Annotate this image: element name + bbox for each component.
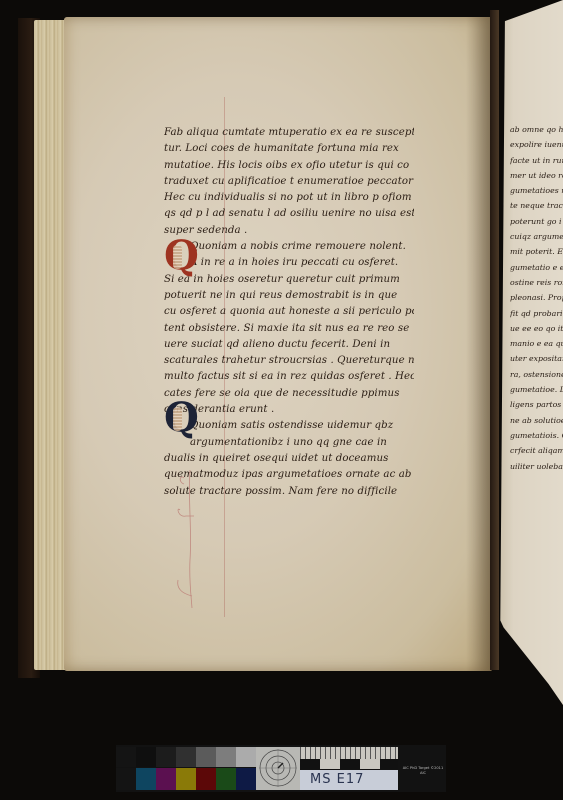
gray-patch xyxy=(176,747,196,767)
text-line: multo factus sit si ea in rez quidas osf… xyxy=(164,369,414,385)
shelfmark-text: MS E17 xyxy=(310,772,364,787)
text-line: super sedenda . xyxy=(164,223,414,239)
text-line: argumentationibz i uno qq gne cae in xyxy=(164,435,414,451)
scale-bar xyxy=(300,759,398,769)
text-line: traduxet cu aplificatioe t enumeratioe p… xyxy=(164,174,414,190)
text-line: ra, ostensione a vol xyxy=(510,367,563,382)
gray-patch xyxy=(216,747,236,767)
text-line: gumetatioes relin xyxy=(510,183,563,198)
text-line: tur. Loci coes de humanitate fortuna mia… xyxy=(164,141,414,157)
initial-infill xyxy=(173,407,182,431)
text-line: te neque tractem xyxy=(510,198,563,213)
text-line: mutatioe. His locis oibs ex ofio utetur … xyxy=(164,158,414,174)
text-line: Fab aliqua cumtate mtuperatio ex ea re s… xyxy=(164,125,414,141)
color-patch-cyan xyxy=(136,768,156,790)
gray-patch xyxy=(136,747,156,767)
text-line: A in re a in hoies iru peccati cu osfere… xyxy=(164,255,414,271)
text-line: crfecit aliqam- xyxy=(510,443,563,458)
gray-patch xyxy=(116,747,136,767)
color-patch-green xyxy=(216,768,236,790)
text-line: ligens partos arg xyxy=(510,397,563,412)
shelfmark-label: MS E17 xyxy=(300,770,398,790)
manuscript-photo: Fab aliqua cumtate mtuperatio ex ea re s… xyxy=(0,0,563,800)
gray-patch xyxy=(236,747,256,767)
verso-text-block: Fab aliqua cumtate mtuperatio ex ea re s… xyxy=(164,125,414,500)
text-line: dualis in queiret osequi uidet ut doceam… xyxy=(164,451,414,467)
color-patch xyxy=(116,768,136,790)
text-line: ab omne qo ht xyxy=(510,122,563,137)
text-line: gumetatiois. Ca xyxy=(510,428,563,443)
target-credit: AIC PhD Target ©2011 AIC xyxy=(400,766,446,776)
text-line: ue ee eo qo iteno xyxy=(510,321,563,336)
text-line: pleonasi. Propria xyxy=(510,290,563,305)
color-patch-yellow xyxy=(176,768,196,790)
marginal-pen-flourish xyxy=(170,470,210,610)
color-patches xyxy=(116,768,256,790)
recto-page-edge xyxy=(490,10,499,670)
text-line: manio e ea que p xyxy=(510,336,563,351)
recto-text-block: ab omne qo ht expolire iuenui e facte ut… xyxy=(510,122,563,474)
gray-patch xyxy=(156,747,176,767)
color-patch-red xyxy=(196,768,216,790)
text-line: mer ut ideo reo xyxy=(510,168,563,183)
text-line: facte ut in rumma xyxy=(510,153,563,168)
text-line: poterunt go i uno xyxy=(510,214,563,229)
text-line: ne ab solutioe u xyxy=(510,413,563,428)
text-line: Quoniam a nobis crime remouere nolent. xyxy=(164,239,414,255)
gutter-shadow xyxy=(466,17,492,671)
color-calibration-target: MS E17 AIC PhD Target ©2011 AIC xyxy=(116,745,446,792)
color-patch-blue xyxy=(236,768,256,790)
text-line: cates fere se oia que de necessitudie pp… xyxy=(164,386,414,402)
text-line: Quoniam satis ostendisse uidemur qbz xyxy=(164,418,414,434)
blue-initial-q: Q xyxy=(164,400,192,436)
text-line: cuiqz argumetatio xyxy=(510,229,563,244)
text-line: ostine reis rons xyxy=(510,275,563,290)
text-line: considerantia erunt . xyxy=(164,402,414,418)
text-line: scaturales trahetur stroucrsias . Queret… xyxy=(164,353,414,369)
text-line: uter expositam r xyxy=(510,351,563,366)
text-line: potuerit ne in qui reus demostrabit is i… xyxy=(164,288,414,304)
text-line: Hec cu individualis si no pot ut in libr… xyxy=(164,190,414,206)
text-line: expolire iuenui e xyxy=(510,137,563,152)
focus-target-dial xyxy=(256,747,300,790)
text-line: cu osferet a quonia aut honeste a sii pe… xyxy=(164,304,414,320)
text-line: uere suciat qd alieno ductu fecerit. Den… xyxy=(164,337,414,353)
text-line: gumetatio e ea qu xyxy=(510,260,563,275)
text-line: tent obsistere. Si maxie ita sit nus ea … xyxy=(164,321,414,337)
grayscale-patches xyxy=(116,747,256,767)
text-line: fit qd probari uolu xyxy=(510,306,563,321)
text-line: Si ea in hoies oseretur queretur cuit pr… xyxy=(164,272,414,288)
text-line: gumetatioe. Lom xyxy=(510,382,563,397)
gray-patch xyxy=(196,747,216,767)
red-initial-q: Q xyxy=(164,238,192,274)
color-patch-magenta xyxy=(156,768,176,790)
text-line: mit poterit. Ergo xyxy=(510,244,563,259)
text-line: uiliter uolebat xyxy=(510,459,563,474)
text-line: qs qd p l ad senatu l ad osiliu uenire n… xyxy=(164,206,414,222)
initial-infill xyxy=(173,245,182,269)
scale-ruler xyxy=(300,747,398,759)
